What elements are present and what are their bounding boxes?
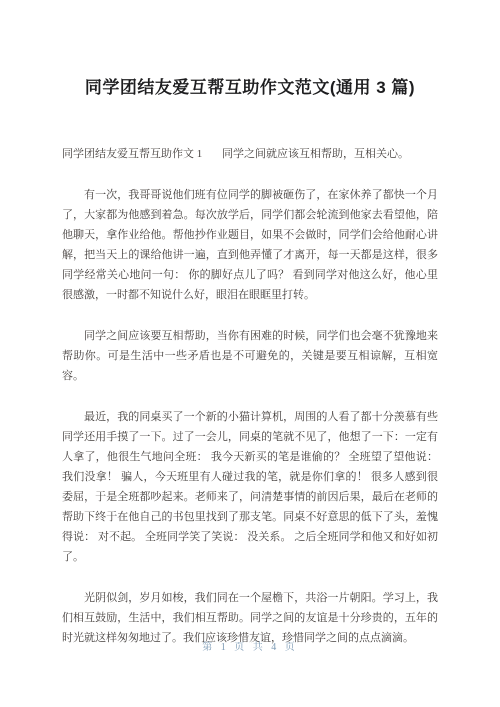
essay-paragraph: 同学之间应该要互相帮助，当你有困难的时候，同学们也会毫不犹豫地来帮助你。可是生活… [62, 326, 438, 386]
essay-heading-line: 同学团结友爱互帮互助作文 1同学之间就应该互相帮助，互相关心。 [62, 144, 438, 164]
essay-paragraph: 最近，我的同桌买了一个新的小猫计算机，周围的人看了都十分羡慕有些同学还用手摸了一… [62, 407, 438, 567]
essay-intro-sentence: 同学之间就应该互相帮助，互相关心。 [222, 148, 409, 160]
essay-paragraph: 有一次，我哥哥说他们班有位同学的脚被砸伤了，在家休养了都快一个月了，大家都为他感… [62, 185, 438, 305]
document-page: 同学团结友爱互帮互助作文范文(通用 3 篇) 同学团结友爱互帮互助作文 1同学之… [0, 0, 500, 707]
essay-title: 同学团结友爱互帮互助作文范文(通用 3 篇) [0, 11, 500, 98]
page-number-indicator: 第 1 页 共 4 页 [0, 638, 500, 653]
essay-body: 同学团结友爱互帮互助作文 1同学之间就应该互相帮助，互相关心。 有一次，我哥哥说… [62, 144, 438, 648]
essay-section-label: 同学团结友爱互帮互助作文 1 [62, 148, 202, 160]
